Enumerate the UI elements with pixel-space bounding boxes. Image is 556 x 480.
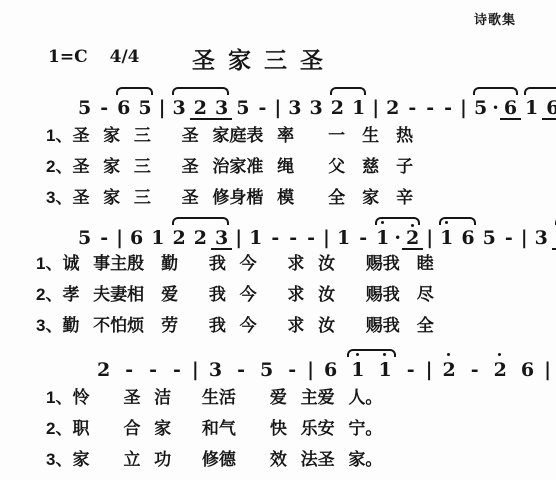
slur-arc bbox=[172, 87, 230, 95]
note: 2 bbox=[169, 226, 190, 250]
note: 3 bbox=[284, 96, 305, 120]
dash: - bbox=[439, 96, 457, 120]
note: 6 bbox=[514, 358, 541, 382]
dash: - bbox=[95, 226, 113, 250]
barline: | bbox=[541, 358, 554, 382]
lyric-row: 3、家 立 功 修德 效 法圣 家。 bbox=[46, 444, 382, 475]
lyric-row: 2、圣 家 三 圣 治家准 绳 父 慈 子 bbox=[46, 151, 413, 182]
lyric-row: 2、孝 夫妻相 爱 我 今 求 汝 赐我 尽 bbox=[36, 279, 434, 310]
note: 1 bbox=[371, 358, 398, 382]
barline: | bbox=[518, 226, 531, 250]
note: 2 bbox=[487, 358, 514, 382]
beam-group: 3·5 bbox=[552, 229, 556, 250]
dash: - bbox=[141, 358, 165, 382]
barline: | bbox=[320, 226, 333, 250]
note: 1 bbox=[333, 226, 354, 250]
dash: - bbox=[165, 358, 189, 382]
slur-group: 11 bbox=[344, 358, 398, 382]
music-line-2: 5-|61223|1---|1-1·2|165-|33·5321| bbox=[74, 214, 556, 250]
beam-group: 23 bbox=[190, 99, 232, 120]
sheet-music-page: 诗歌集 1=C4/4 圣家三圣 5-65|3235-|3321|2---|5·6… bbox=[0, 0, 556, 480]
note: 2 bbox=[90, 358, 117, 382]
dash: - bbox=[284, 226, 302, 250]
note: 1 bbox=[344, 358, 371, 382]
note: 3 bbox=[552, 229, 556, 248]
note: 3 bbox=[211, 229, 232, 248]
dash: - bbox=[95, 96, 113, 120]
slur-arc bbox=[524, 87, 556, 95]
beam-group: 6 bbox=[500, 99, 521, 120]
beam-group: 2 bbox=[402, 229, 423, 250]
slur-group: 165 bbox=[521, 96, 556, 120]
note: 3 bbox=[202, 358, 229, 382]
lyric-row: 3、圣 家 三 圣 修身楷 模 全 家 辛 bbox=[46, 182, 413, 213]
lyric-row: 1、诚 事主殷 勤 我 今 求 汝 赐我 睦 bbox=[36, 248, 434, 279]
key-signature: 1=C4/4 bbox=[48, 47, 139, 67]
slur-arc bbox=[172, 217, 230, 225]
dash: - bbox=[117, 358, 141, 382]
dash: - bbox=[500, 226, 518, 250]
note: 3 bbox=[306, 96, 327, 120]
music-line-1: 5-65|3235-|3321|2---|5·6165|323 bbox=[74, 84, 556, 120]
note: 2 bbox=[327, 96, 348, 120]
note: 5 bbox=[74, 226, 95, 250]
slur-group: 323 bbox=[169, 96, 233, 120]
note: 6 bbox=[317, 358, 344, 382]
dash: - bbox=[463, 358, 487, 382]
note: 1 bbox=[521, 96, 542, 120]
lyric-row: 1、圣 家 三 圣 家庭表 率 一 生 热 bbox=[46, 120, 413, 151]
dash: - bbox=[229, 358, 253, 382]
note: 6 bbox=[126, 226, 147, 250]
slur-group: 21 bbox=[327, 96, 369, 120]
note: 5 bbox=[134, 96, 155, 120]
song-title: 圣家三圣 bbox=[192, 47, 336, 73]
note: 2 bbox=[436, 358, 463, 382]
dash: - bbox=[403, 96, 421, 120]
barline: | bbox=[156, 96, 169, 120]
note: 5 bbox=[74, 96, 95, 120]
dot: · bbox=[491, 96, 500, 120]
slur-arc bbox=[116, 87, 152, 95]
lyric-row: 3、勤 不怕烦 劳 我 今 求 汝 赐我 全 bbox=[36, 310, 434, 341]
barline: | bbox=[304, 358, 317, 382]
slur-group: 1·2 bbox=[372, 226, 423, 250]
key-value: 1=C bbox=[48, 47, 88, 67]
note: 2 bbox=[382, 96, 403, 120]
dash: - bbox=[266, 226, 284, 250]
dot: · bbox=[393, 226, 402, 250]
barline: | bbox=[271, 96, 284, 120]
slur-group: 5·6 bbox=[470, 96, 521, 120]
note: 5 bbox=[253, 358, 280, 382]
slur-group: 223 bbox=[169, 226, 233, 250]
time-signature: 4/4 bbox=[110, 47, 140, 67]
note: 1 bbox=[147, 226, 168, 250]
note: 5 bbox=[470, 96, 491, 120]
dash: - bbox=[354, 226, 372, 250]
dash: - bbox=[399, 358, 423, 382]
note: 6 bbox=[113, 96, 134, 120]
slur-group: 65 bbox=[113, 96, 155, 120]
note: 3 bbox=[211, 99, 232, 118]
beam-group: 3 bbox=[211, 229, 232, 250]
note: 3 bbox=[531, 226, 552, 250]
music-line-3: 2---|3-5-|611-|2-26|1--- bbox=[90, 346, 556, 382]
title-row: 1=C4/4 圣家三圣 bbox=[48, 42, 336, 75]
dash: - bbox=[302, 226, 320, 250]
note: 5 bbox=[232, 96, 253, 120]
note: 6 bbox=[500, 99, 521, 118]
barline: | bbox=[113, 226, 126, 250]
lyrics-block-1: 1、圣 家 三 圣 家庭表 率 一 生 热2、圣 家 三 圣 治家准 绳 父 慈… bbox=[46, 120, 413, 213]
barline: | bbox=[423, 226, 436, 250]
note: 1 bbox=[245, 226, 266, 250]
barline: | bbox=[457, 96, 470, 120]
barline: | bbox=[189, 358, 202, 382]
note: 6 bbox=[542, 99, 556, 118]
collection-label: 诗歌集 bbox=[474, 9, 516, 28]
slur-arc bbox=[347, 349, 395, 357]
lyric-row: 1、怜 圣 洁 生活 爱 主爱 人。 bbox=[46, 382, 382, 413]
barline: | bbox=[423, 358, 436, 382]
note: 2 bbox=[190, 226, 211, 250]
slur-group: 16 bbox=[436, 226, 478, 250]
slur-group: 3·5 bbox=[552, 226, 556, 250]
slur-arc bbox=[473, 87, 518, 95]
note: 2 bbox=[402, 229, 423, 248]
lyric-row: 2、职 合 家 和气 快 乐安 宁。 bbox=[46, 413, 382, 444]
note: 1 bbox=[436, 226, 457, 250]
note: 1 bbox=[348, 96, 369, 120]
beam-group: 65 bbox=[542, 99, 556, 120]
dash: - bbox=[421, 96, 439, 120]
note: 5 bbox=[479, 226, 500, 250]
slur-arc bbox=[330, 87, 366, 95]
barline: | bbox=[369, 96, 382, 120]
note: 3 bbox=[169, 96, 190, 120]
note: 2 bbox=[190, 99, 211, 118]
dash: - bbox=[253, 96, 271, 120]
note: 1 bbox=[372, 226, 393, 250]
dash: - bbox=[280, 358, 304, 382]
lyrics-block-3: 1、怜 圣 洁 生活 爱 主爱 人。2、职 合 家 和气 快 乐安 宁。3、家 … bbox=[46, 382, 382, 475]
barline: | bbox=[232, 226, 245, 250]
note: 6 bbox=[457, 226, 478, 250]
lyrics-block-2: 1、诚 事主殷 勤 我 今 求 汝 赐我 睦2、孝 夫妻相 爱 我 今 求 汝 … bbox=[36, 248, 434, 341]
